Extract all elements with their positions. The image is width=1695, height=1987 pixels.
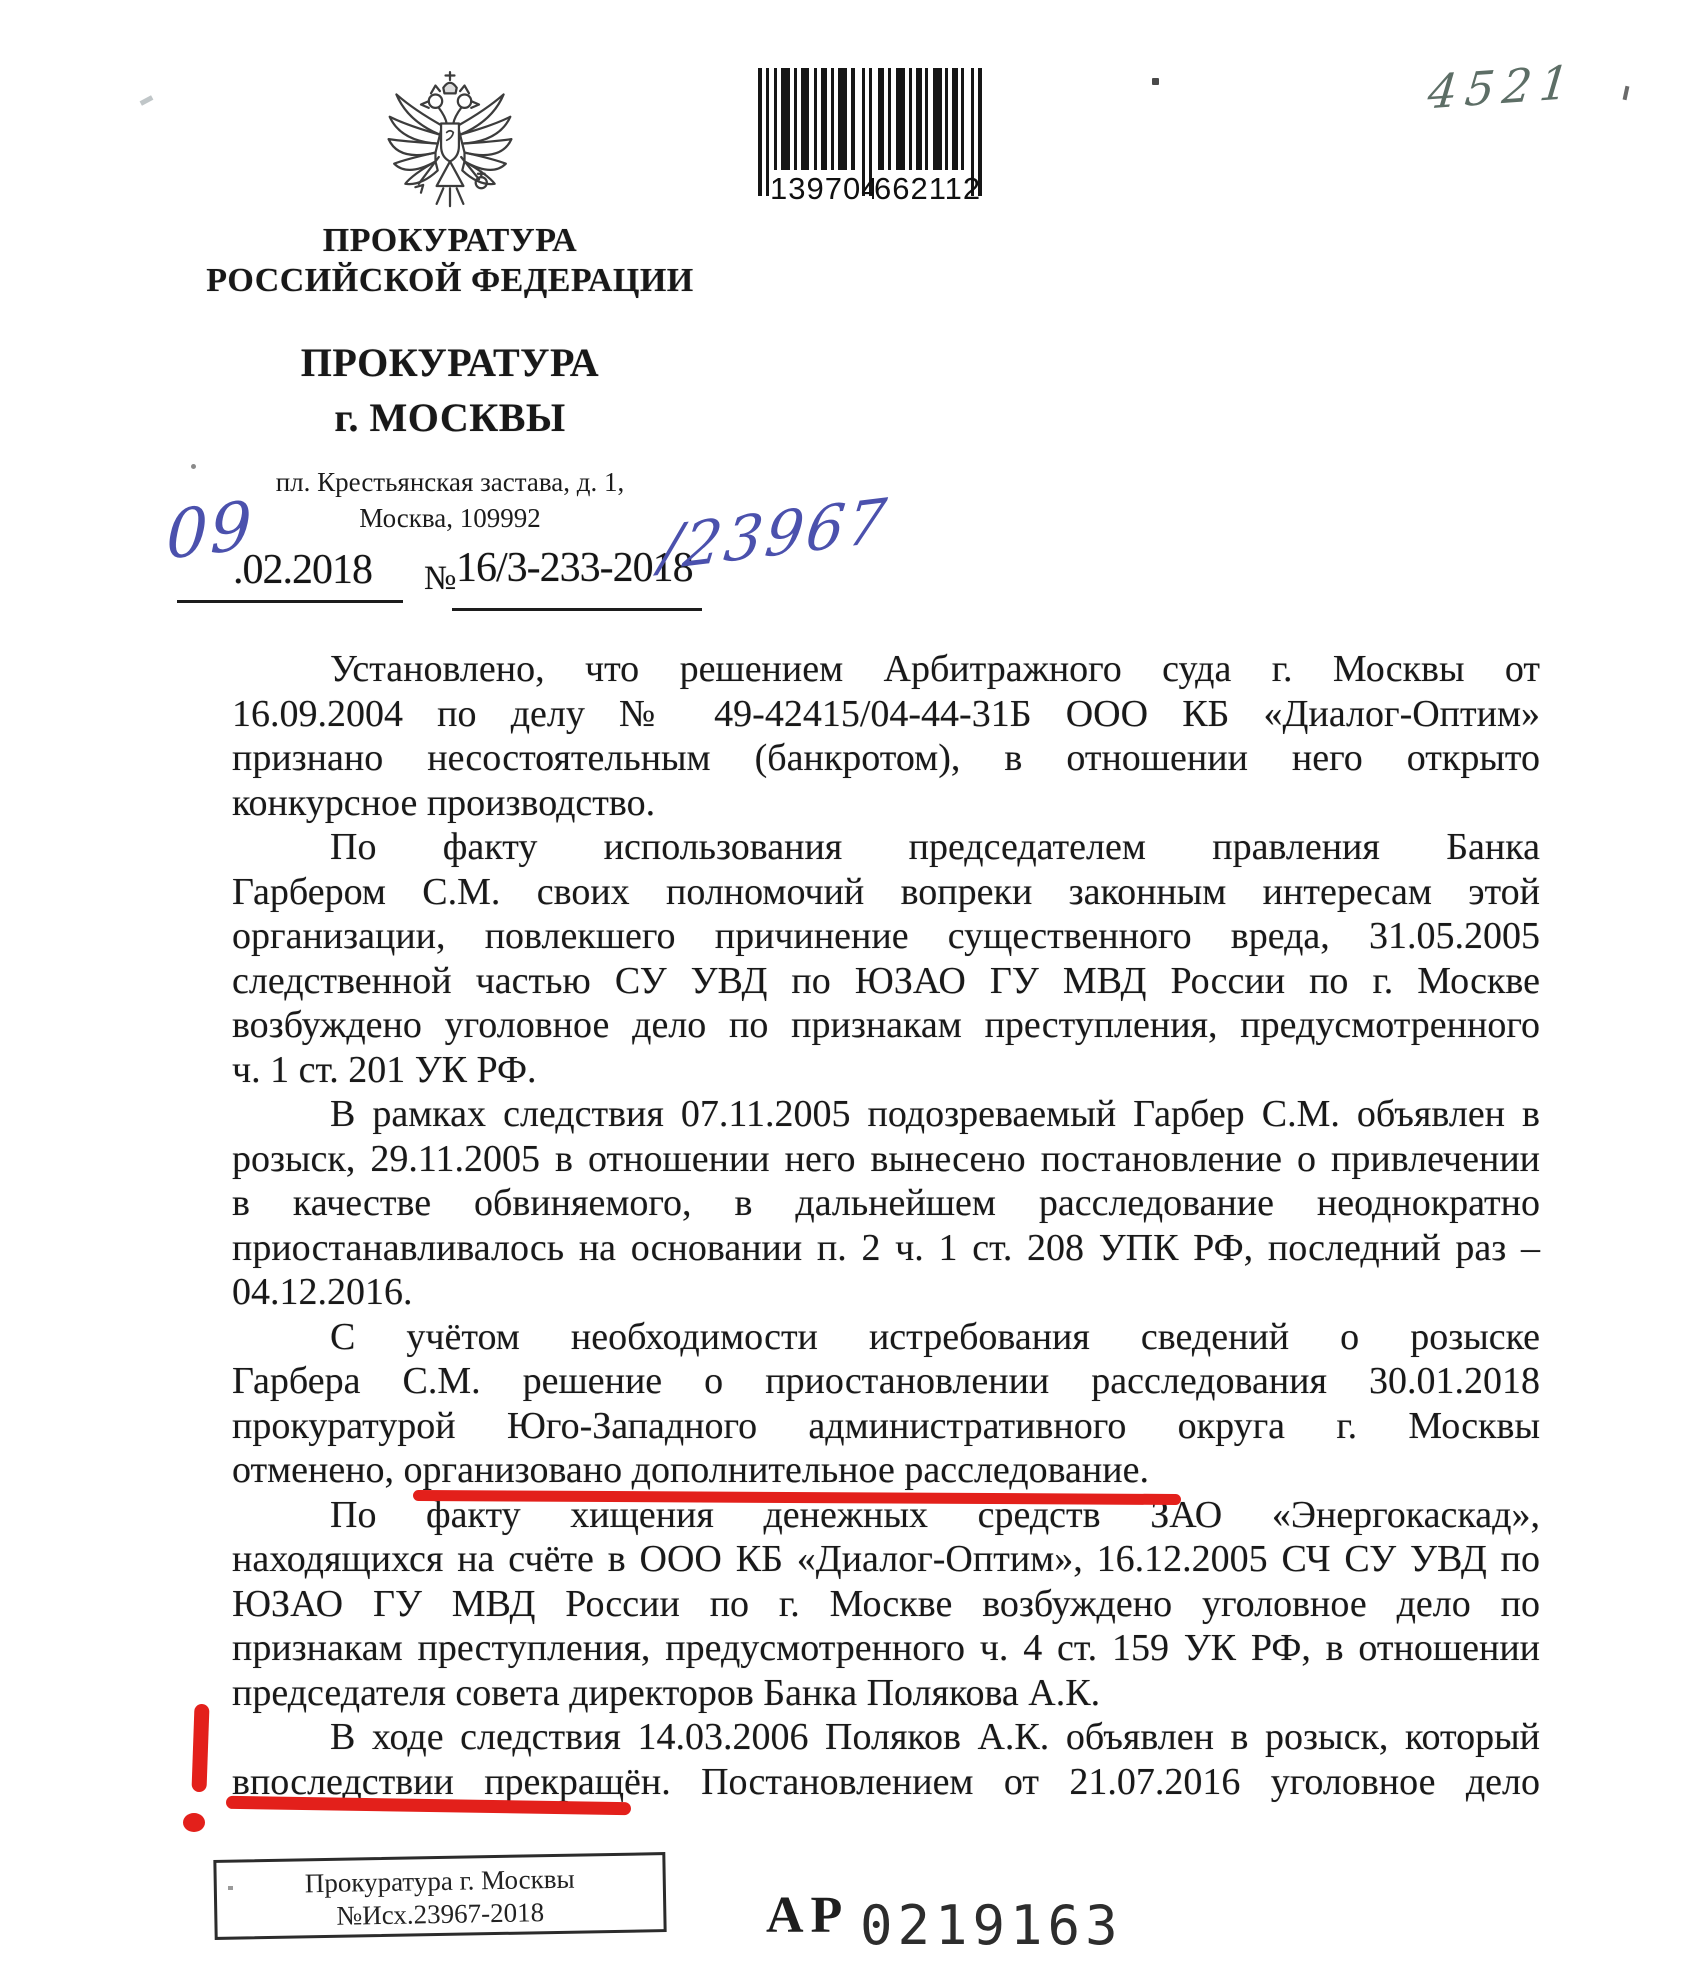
scan-artifact — [140, 95, 154, 106]
body-line: Установлено, что решением Арбитражного с… — [232, 647, 1540, 692]
body-line: Гарбера С.М. решение о приостановлении р… — [232, 1359, 1540, 1404]
body-line: ЮЗАО ГУ МВД России по г. Москве возбужде… — [232, 1582, 1540, 1627]
body-line: 04.12.2016. — [232, 1270, 1540, 1315]
body-line: С учётом необходимости истребования свед… — [232, 1315, 1540, 1360]
body-line: организации, повлекшего причинение сущес… — [232, 914, 1540, 959]
body-line: возбуждено уголовное дело по признакам п… — [232, 1003, 1540, 1048]
series-prefix: АР — [766, 1886, 849, 1945]
printed-date: .02.2018 — [233, 546, 372, 594]
stamp-line-2: №Исх.23967-2018 — [217, 1894, 664, 1935]
header-org-line-2: РОССИЙСКОЙ ФЕДЕРАЦИИ — [115, 262, 785, 300]
body-line: В рамках следствия 07.11.2005 подозревае… — [232, 1092, 1540, 1137]
barcode-digits-left: 139704 — [770, 172, 858, 206]
date-underline — [177, 600, 403, 603]
body-line: В ходе следствия 14.03.2006 Поляков А.К.… — [232, 1715, 1540, 1760]
barcode-digits-right: 662112 — [874, 172, 968, 206]
number-underline — [452, 608, 702, 611]
body-line: 16.09.2004 по делу № 49-42415/04-44-31Б … — [232, 692, 1540, 737]
header-org-line-1: ПРОКУРАТУРА — [115, 222, 785, 260]
stamp-box: Прокуратура г. Москвы №Исх.23967-2018 — [213, 1852, 666, 1940]
body-text: Установлено, что решением Арбитражного с… — [232, 647, 1540, 1804]
body-line: Гарбером С.М. своих полномочий вопреки з… — [232, 870, 1540, 915]
body-line: ч. 1 ст. 201 УК РФ. — [232, 1048, 1540, 1093]
body-line: прокуратурой Юго-Западного административ… — [232, 1404, 1540, 1449]
body-line: следственной частью СУ УВД по ЮЗАО ГУ МВ… — [232, 959, 1540, 1004]
number-sign: № — [424, 560, 455, 598]
body-line: розыск, 29.11.2005 в отношении него выне… — [232, 1137, 1540, 1182]
coat-of-arms-icon — [383, 66, 517, 248]
body-line: приостанавливалось на основании п. 2 ч. … — [232, 1226, 1540, 1271]
handwritten-registration-number: /23967 — [656, 485, 892, 585]
outgoing-number: 16/3-233-2018 — [456, 544, 693, 592]
barcode: 139704 662112 — [758, 68, 990, 218]
body-line: конкурсное производство. — [232, 781, 1540, 826]
body-line: впоследствии прекращён. Постановлением о… — [232, 1760, 1540, 1805]
body-line: находящихся на счёте в ООО КБ «Диалог-Оп… — [232, 1537, 1540, 1582]
scan-artifact — [1152, 78, 1159, 85]
header-dept-line-1: ПРОКУРАТУРА — [115, 341, 785, 385]
body-line: отменено, организовано дополнительное ра… — [232, 1448, 1540, 1493]
header-dept-line-2: г. МОСКВЫ — [115, 396, 785, 440]
body-line: признано несостоятельным (банкротом), в … — [232, 736, 1540, 781]
handwritten-corner-number: 4521 — [1425, 55, 1579, 120]
series-number: 0219163 — [860, 1894, 1123, 1957]
body-line: председателя совета директоров Банка Пол… — [232, 1671, 1540, 1716]
red-exclamation-dot — [183, 1813, 205, 1832]
body-line: По факту использования председателем пра… — [232, 825, 1540, 870]
body-line: в качестве обвиняемого, в дальнейшем рас… — [232, 1181, 1540, 1226]
document-page: ПРОКУРАТУРА РОССИЙСКОЙ ФЕДЕРАЦИИ ПРОКУРА… — [0, 0, 1695, 1987]
body-line: признакам преступления, предусмотренного… — [232, 1626, 1540, 1671]
scan-artifact — [1623, 86, 1630, 101]
red-exclamation-bar — [191, 1704, 209, 1792]
